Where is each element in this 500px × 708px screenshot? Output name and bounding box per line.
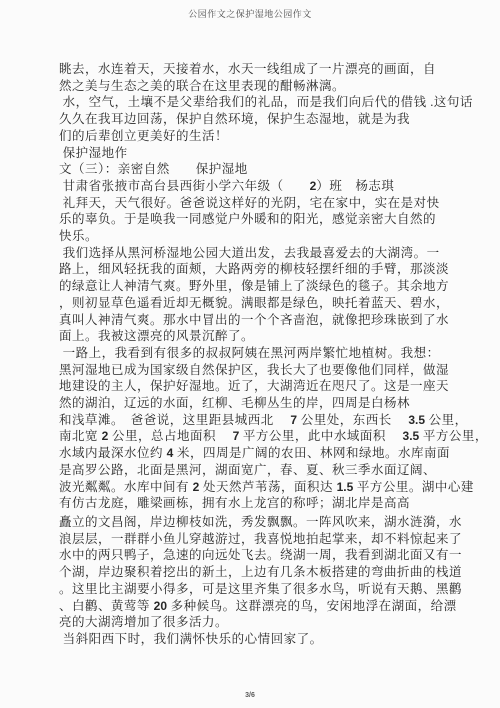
paragraph: 矗立的文昌阁，岸边柳枝如洗，秀发飘飘。一阵风吹来，湖水涟漪，水 浪层层，一群群小… xyxy=(59,514,495,631)
page-number: 3/6 xyxy=(245,692,255,699)
page-footer: 3/6 xyxy=(0,684,500,702)
paragraph: 我们选择从黑河桥湿地公园大道出发，去我最喜爱去的大湖湾。一 路上，细风轻抚我的面… xyxy=(59,245,495,345)
document-page: 公园作文之保护湿地公园作文 眺去，水连着天，天接着水，水天一线组成了一片漂亮的画… xyxy=(0,0,500,708)
document-body: 眺去，水连着天，天接着水，水天一线组成了一片漂亮的画面，自 然之美与生态之美的联… xyxy=(59,61,495,648)
page-header: 公园作文之保护湿地公园作文 xyxy=(0,4,500,22)
paragraph: 一路上，我看到有很多的叔叔阿姨在黑河两岸繁忙地植树。我想： 黑河湿地已成为国家级… xyxy=(59,345,495,512)
paragraph: 眺去，水连着天，天接着水，水天一线组成了一片漂亮的画面，自 然之美与生态之美的联… xyxy=(59,61,495,94)
paragraph: 水，空气，土壤不是父辈给我们的礼品，而是我们向后代的借钱 .这句话 久久在我耳边… xyxy=(59,94,495,144)
page-title: 公园作文之保护湿地公园作文 xyxy=(188,9,312,19)
paragraph: 当斜阳西下时，我们满怀快乐的心情回家了。 xyxy=(59,631,495,648)
paragraph: 礼拜天，天气很好。爸爸说这样好的光阴，宅在家中，实在是对快 乐的辜负。于是唤我一… xyxy=(59,195,495,245)
paragraph: 保护湿地作 文（三）：亲密自然 保护湿地 甘肃省张掖市高台县西街小学六年级（ 2… xyxy=(59,145,495,195)
